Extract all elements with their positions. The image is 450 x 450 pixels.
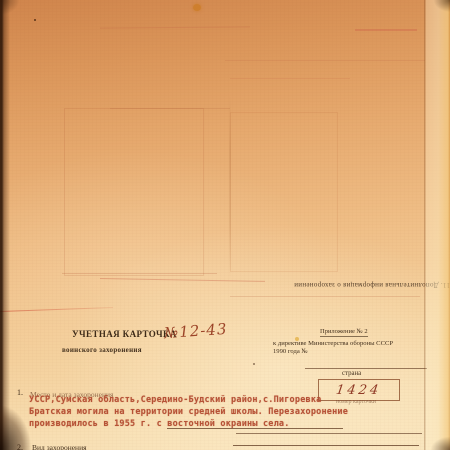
- item1-typed-line1: УССР,Сумская область,Середино-Будский ра…: [29, 395, 321, 405]
- paper-streak: [355, 29, 417, 31]
- orange-stain-speck: [193, 4, 201, 11]
- item1-rule-line: [167, 428, 343, 429]
- country-value-box: 1424: [318, 379, 400, 401]
- card-number-box-label: номер карточки: [336, 399, 376, 405]
- paper-streak: [230, 296, 420, 297]
- country-label: страна: [342, 370, 361, 377]
- bleed-through-photo-frame-left: [64, 108, 204, 276]
- left-page-edge-shadow: [0, 0, 10, 450]
- form-rule-line: [236, 433, 422, 434]
- dark-speck: [34, 19, 36, 21]
- dark-speck: [253, 363, 255, 365]
- form-rule-line: [233, 445, 419, 446]
- card-title: УЧЕТНАЯ КАРТОЧКА: [72, 329, 177, 339]
- corner-shadow: [0, 0, 30, 26]
- appendix-line-1: Приложение № 2: [320, 328, 368, 337]
- country-value-handwritten: 1424: [335, 383, 382, 398]
- corner-shadow: [0, 385, 40, 450]
- card-subtitle: воинского захоронения: [62, 346, 142, 354]
- paper-streak: [225, 60, 425, 61]
- right-page-fold: [424, 0, 450, 450]
- paper-streak: [230, 78, 350, 79]
- country-rule-line: [305, 368, 427, 369]
- paper-streak: [62, 273, 217, 274]
- paper-streak: [110, 108, 230, 109]
- vertical-crease: [229, 95, 231, 280]
- corner-shadow: [420, 428, 450, 450]
- appendix-line-2: к директиве Министерства обороны СССР: [273, 340, 393, 347]
- bleed-through-photo-frame-right: [230, 112, 338, 272]
- reverse-item-11-label: 11. Дополнительная информация о захороне…: [238, 281, 450, 289]
- item2-printed-label: Вид захоронения: [32, 443, 87, 450]
- item1-typed-line2: Братская могила на территории средней шк…: [29, 407, 348, 417]
- appendix-line-3: 1990 года №: [273, 348, 308, 355]
- scanned-card-photo: 11. Дополнительная информация о захороне…: [0, 0, 450, 450]
- corner-shadow: [424, 0, 450, 20]
